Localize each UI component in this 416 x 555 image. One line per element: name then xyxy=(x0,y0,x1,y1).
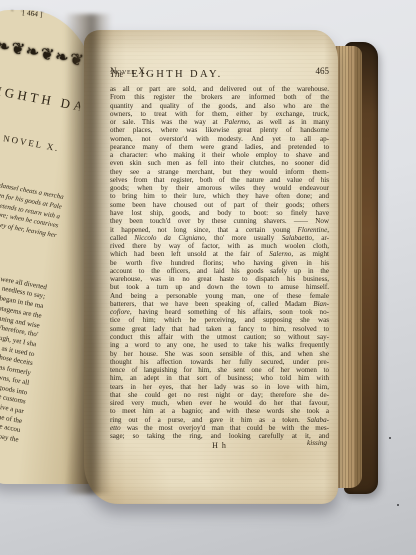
text-line: rived there by way of factor, with as mu… xyxy=(110,242,329,250)
backdrop-speck xyxy=(397,504,399,506)
text-line: ring out of a purse, and gave it him as … xyxy=(110,416,329,424)
left-section-heading: NOVEL X. xyxy=(0,115,73,156)
text-line: which had been left unsold at the fair o… xyxy=(110,250,329,258)
text-line: conduct this affair with the utmost caut… xyxy=(110,333,329,341)
text-line: And being a personable young man, one of… xyxy=(110,292,329,300)
text-line: or sale. This was the way at Palermo, as… xyxy=(110,118,329,126)
book-photograph: [ 464 ] ❦❧❦❧❦❧❦❧❦❧❦❧ EIGHTH DAY. NOVEL X… xyxy=(0,0,416,555)
left-page-title: EIGHTH DAY. xyxy=(0,68,82,115)
text-line: etto was the most overjoy'd man that cou… xyxy=(110,424,329,432)
headpiece-ornament: ❦❧❦❧❦❧❦❧❦❧❦❧ xyxy=(0,21,91,78)
text-line: tears in her eyes, that her lady was so … xyxy=(110,383,329,391)
text-line: a character: who making it their whole e… xyxy=(110,151,329,159)
text-line: sired very much, when ever he would do h… xyxy=(110,399,329,407)
text-line: to bring him to their lure, which they h… xyxy=(110,192,329,200)
text-line: thought his affection towards her fully … xyxy=(110,358,329,366)
text-line: him, an adept in that sort of business; … xyxy=(110,374,329,382)
text-line: warehouse, was in no great haste to disp… xyxy=(110,275,329,283)
page-text-block: as all or part are sold, and delivered o… xyxy=(110,85,329,440)
text-line: they been touch'd over by these cunning … xyxy=(110,217,329,225)
text-line: account to the officers, and laid his go… xyxy=(110,267,329,275)
text-line: pearance many of them were grand ladies,… xyxy=(110,143,329,151)
catchword: kissing xyxy=(307,439,327,447)
text-line: even skin such men as fell into their cl… xyxy=(110,159,329,167)
text-line: selves from that register, both of the n… xyxy=(110,176,329,184)
running-head: Novel X. The EIGHTH DAY. 465 xyxy=(110,64,329,79)
novel-argument-fragments: Sicilian damsel cheats a merchahad taken… xyxy=(0,162,64,251)
text-line: as all or part are sold, and delivered o… xyxy=(110,85,329,93)
text-line: have lost ship, goods, and body to boot:… xyxy=(110,209,329,217)
backdrop-speck xyxy=(389,437,391,439)
running-head-section: Novel X. xyxy=(110,66,148,76)
text-line: called Niccolo da Cigniano, tho' more us… xyxy=(110,234,329,242)
right-page-number: 465 xyxy=(316,66,330,76)
gathering-signature: H h xyxy=(110,441,329,450)
text-line: ing a word to any one, he used to take h… xyxy=(110,341,329,349)
text-line: some great lady that had taken a fancy t… xyxy=(110,325,329,333)
text-line: to meet him at a bagnio; and with these … xyxy=(110,407,329,415)
text-line: but took a turn up and down the town to … xyxy=(110,283,329,291)
text-line: other places, where was likewise great p… xyxy=(110,126,329,134)
text-line: cofiore, having heard something of his a… xyxy=(110,308,329,316)
text-line: goods; when by their amorous wiles they … xyxy=(110,184,329,192)
text-line: be worth five hundred florins; who havin… xyxy=(110,259,329,267)
text-line: tence of languishing for him, she sent o… xyxy=(110,366,329,374)
left-page-content: [ 464 ] ❦❧❦❧❦❧❦❧❦❧❦❧ EIGHTH DAY. NOVEL X… xyxy=(0,10,96,446)
right-page: Novel X. The EIGHTH DAY. 465 as all or p… xyxy=(84,30,338,504)
text-line: that she could get no rest night or day;… xyxy=(110,391,329,399)
text-line: tice of him; which he perceiving, and su… xyxy=(110,316,329,324)
text-line: quantity and quality of the goods, and a… xyxy=(110,102,329,110)
text-line: some been have choused out of part of th… xyxy=(110,201,329,209)
signature-row: H h kissing xyxy=(110,441,329,453)
text-line: by her house. She was soon sensible of t… xyxy=(110,350,329,358)
text-line: owners, to treat with for them, either b… xyxy=(110,110,329,118)
left-body-fragments: W much they were all divertedn's novel, … xyxy=(0,252,48,445)
text-line: sage; so taking the ring, and looking ca… xyxy=(110,432,329,440)
text-line: it happened, not long since, that a cert… xyxy=(110,226,329,234)
text-line: batterers, that we have been speaking of… xyxy=(110,300,329,308)
text-line: women, not overstor'd with modesty. And … xyxy=(110,135,329,143)
right-page-content: Novel X. The EIGHTH DAY. 465 as all or p… xyxy=(110,64,329,453)
text-line: they see a strange merchant, but they wo… xyxy=(110,168,329,176)
text-line: From this register the brokers are infor… xyxy=(110,93,329,101)
